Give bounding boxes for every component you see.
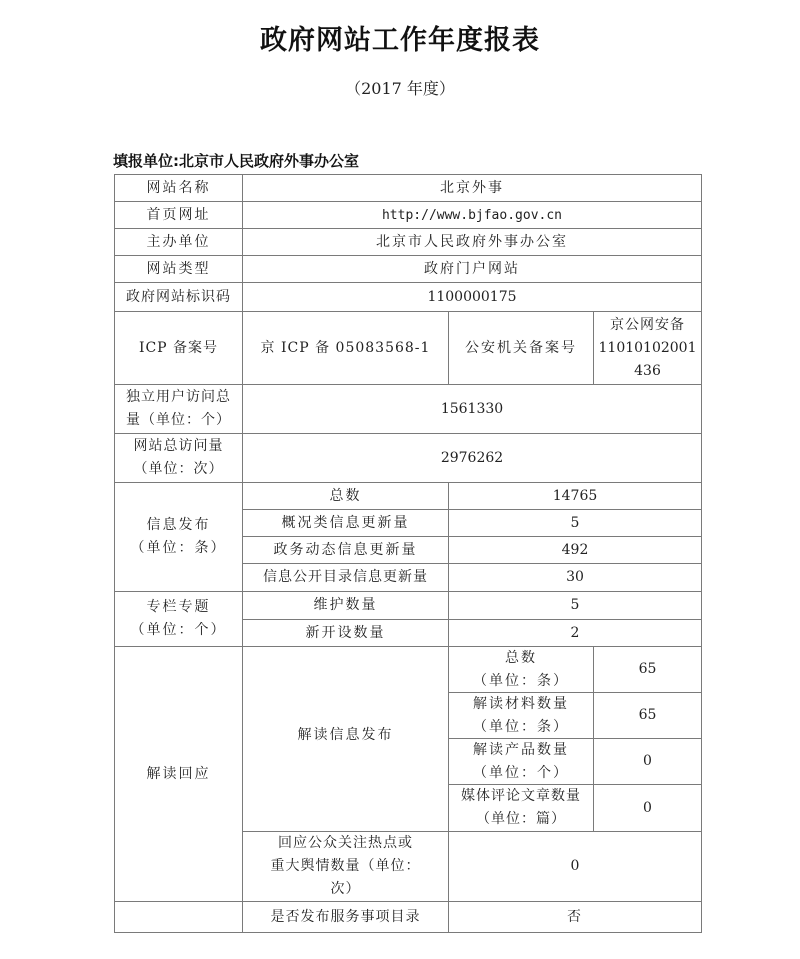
site-name-label: 网站名称 xyxy=(114,174,243,202)
hotspot-response-label: 回应公众关注热点或 重大舆情数量（单位： 次） xyxy=(242,831,449,902)
interpretation-row-label-line1: 解读材料数量 xyxy=(473,693,569,716)
report-year: （2017 年度） xyxy=(0,76,800,99)
police-record-line2: 11010102001 xyxy=(599,337,697,360)
interpretation-row-label-line1: 解读产品数量 xyxy=(473,739,569,762)
interpretation-row-label-line2: （单位：条） xyxy=(473,670,569,693)
site-type-value: 政府门户网站 xyxy=(242,255,702,283)
site-id-label: 政府网站标识码 xyxy=(114,282,243,312)
interpretation-row-value: 0 xyxy=(593,738,702,785)
hotspot-label-line3: 次） xyxy=(331,878,361,901)
interpretation-row-label: 解读产品数量 （单位：个） xyxy=(448,738,594,785)
info-release-row-value: 30 xyxy=(448,563,702,592)
interpretation-row-label: 总数 （单位：条） xyxy=(448,646,594,693)
icp-value: 京 ICP 备 05083568-1 xyxy=(242,311,449,385)
host-unit-label: 主办单位 xyxy=(114,228,243,256)
info-release-row-label: 总数 xyxy=(242,482,449,510)
columns-row-value: 2 xyxy=(448,619,702,647)
interpretation-row-value: 0 xyxy=(593,784,702,832)
hotspot-label-line2: 重大舆情数量（单位： xyxy=(271,855,421,878)
info-release-row-value: 5 xyxy=(448,509,702,537)
service-catalog-label: 是否发布服务事项目录 xyxy=(242,901,449,933)
police-record-line1: 京公网安备 xyxy=(610,314,685,337)
interpretation-row-label-line1: 总数 xyxy=(505,647,537,670)
hotspot-label-line1: 回应公众关注热点或 xyxy=(278,832,413,855)
columns-label-line2: （单位：个） xyxy=(131,619,227,642)
columns-label: 专栏专题 （单位：个） xyxy=(114,591,243,647)
unique-visitors-label: 独立用户访问总 量（单位：个） xyxy=(114,384,243,434)
info-release-row-label: 信息公开目录信息更新量 xyxy=(242,563,449,592)
total-visits-value: 2976262 xyxy=(242,433,702,483)
interpretation-row-label-line2: （单位：个） xyxy=(473,762,569,785)
site-name-value: 北京外事 xyxy=(242,174,702,202)
total-visits-label: 网站总访问量 （单位：次） xyxy=(114,433,243,483)
info-release-row-label: 政务动态信息更新量 xyxy=(242,536,449,564)
interpretation-row-label: 解读材料数量 （单位：条） xyxy=(448,692,594,739)
info-release-label-line2: （单位：条） xyxy=(131,537,227,560)
columns-row-label: 维护数量 xyxy=(242,591,449,620)
host-unit-value: 北京市人民政府外事办公室 xyxy=(242,228,702,256)
info-release-label: 信息发布 （单位：条） xyxy=(114,482,243,592)
service-catalog-empty xyxy=(114,901,243,933)
interpretation-row-label-line2: （单位：条） xyxy=(473,716,569,739)
interpretation-sub-label: 解读信息发布 xyxy=(242,646,449,832)
icp-label: ICP 备案号 xyxy=(114,311,243,385)
unique-visitors-value: 1561330 xyxy=(242,384,702,434)
police-record-line3: 436 xyxy=(634,360,661,383)
site-type-label: 网站类型 xyxy=(114,255,243,283)
service-catalog-value: 否 xyxy=(448,901,702,933)
site-id-value: 1100000175 xyxy=(242,282,702,312)
unique-visitors-label-line1: 独立用户访问总 xyxy=(126,386,231,409)
columns-label-line1: 专栏专题 xyxy=(147,596,211,619)
info-release-row-value: 14765 xyxy=(448,482,702,510)
interpretation-row-label-line2: （单位：篇） xyxy=(476,808,566,831)
total-visits-label-line1: 网站总访问量 xyxy=(134,435,224,458)
filler-unit: 填报单位:北京市人民政府外事办公室 xyxy=(113,150,359,171)
interpretation-row-label-line1: 媒体评论文章数量 xyxy=(461,785,581,808)
homepage-label: 首页网址 xyxy=(114,201,243,229)
homepage-value: http://www.bjfao.gov.cn xyxy=(242,201,702,229)
interpretation-row-value: 65 xyxy=(593,646,702,693)
columns-row-value: 5 xyxy=(448,591,702,620)
interpretation-row-value: 65 xyxy=(593,692,702,739)
interpretation-row-label: 媒体评论文章数量 （单位：篇） xyxy=(448,784,594,832)
hotspot-response-value: 0 xyxy=(448,831,702,902)
interpretation-label: 解读回应 xyxy=(114,646,243,902)
page-title: 政府网站工作年度报表 xyxy=(0,18,800,57)
police-record-label: 公安机关备案号 xyxy=(448,311,594,385)
info-release-row-label: 概况类信息更新量 xyxy=(242,509,449,537)
total-visits-label-line2: （单位：次） xyxy=(134,458,224,481)
columns-row-label: 新开设数量 xyxy=(242,619,449,647)
unique-visitors-label-line2: 量（单位：个） xyxy=(126,409,231,432)
police-record-value: 京公网安备 11010102001 436 xyxy=(593,311,702,385)
info-release-row-value: 492 xyxy=(448,536,702,564)
info-release-label-line1: 信息发布 xyxy=(147,514,211,537)
